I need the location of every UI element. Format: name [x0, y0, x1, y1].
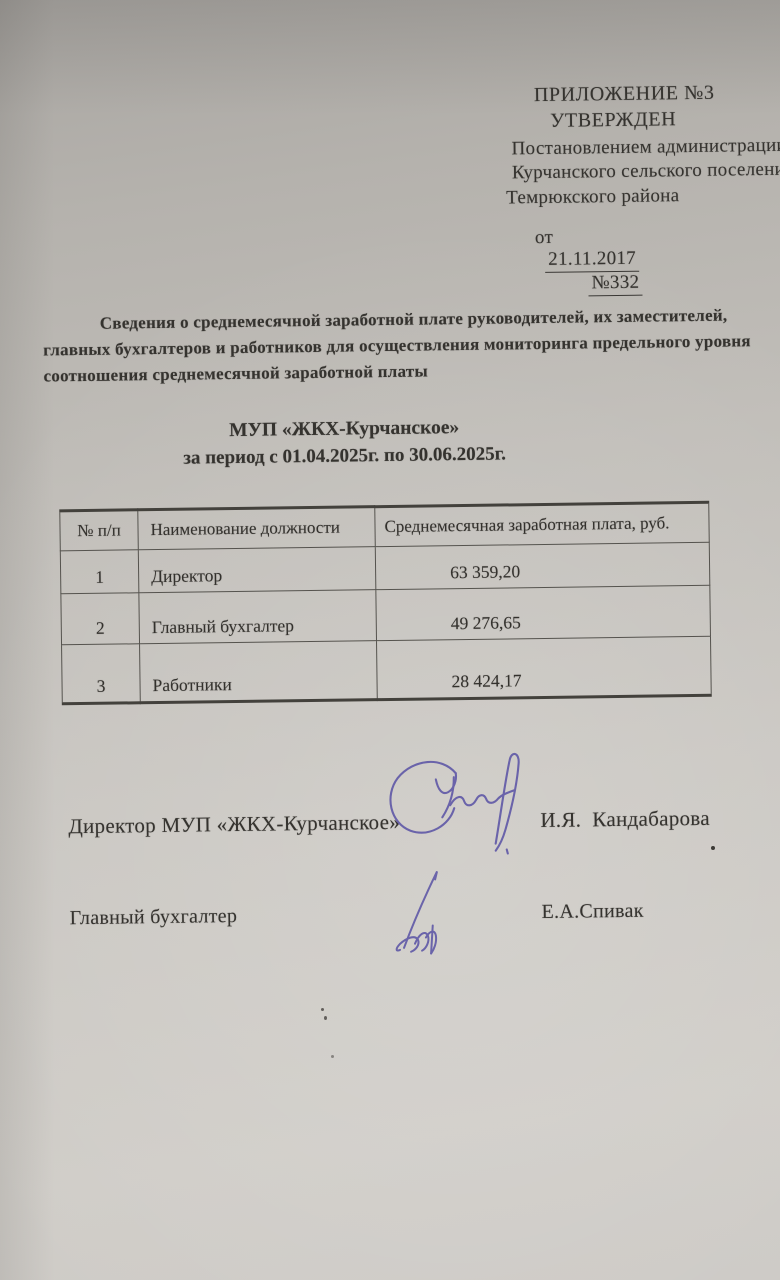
- accountant-signature-ink: [391, 857, 462, 958]
- cell-row-num: 1: [60, 550, 139, 594]
- cell-position: Директор: [138, 547, 376, 593]
- cell-salary: 49 276,65: [376, 585, 711, 640]
- approval-date-line: от 21.11.2017 №332: [514, 204, 643, 320]
- document-sheet: ПРИЛОЖЕНИЕ №3 УТВЕРЖДЕН Постановлением а…: [0, 0, 780, 1280]
- director-signature-ink: [383, 746, 536, 860]
- report-period: за период с 01.04.2025г. по 30.06.2025г.: [0, 441, 692, 472]
- table-row: 3 Работники 28 424,17: [62, 636, 712, 703]
- cell-position: Главный бухгалтер: [139, 590, 377, 644]
- approval-line-settlement: Курчанского сельского поселения: [512, 159, 780, 185]
- header-cell-salary: Среднемесячная заработная плата, руб.: [375, 502, 709, 546]
- cell-salary: 63 359,20: [375, 542, 710, 589]
- ink-speck: [711, 846, 715, 850]
- signature-name-accountant: Е.А.Спивак: [541, 900, 643, 924]
- approval-date: 21.11.2017: [545, 248, 639, 273]
- header-cell-position: Наименование должности: [138, 507, 376, 550]
- cell-row-num: 3: [62, 644, 141, 704]
- approval-line-resolution: Постановлением администрации: [511, 135, 780, 161]
- cell-position: Работники: [140, 641, 378, 703]
- organization-name: МУП «ЖКХ-Курчанское»: [0, 414, 691, 445]
- table-row: 2 Главный бухгалтер 49 276,65: [61, 585, 711, 644]
- cell-row-num: 2: [61, 593, 140, 645]
- header-cell-num: № п/п: [60, 510, 139, 551]
- approval-number: №332: [588, 272, 642, 297]
- ink-speck: [321, 1008, 324, 1011]
- approval-date-prefix: от: [535, 227, 553, 248]
- document-title-line-2: главных бухгалтеров и работников для осу…: [43, 331, 751, 360]
- salary-table: № п/п Наименование должности Среднемесяч…: [59, 501, 712, 705]
- cell-salary: 28 424,17: [377, 636, 712, 699]
- signature-name-director: И.Я. Кандабарова: [540, 806, 710, 833]
- approval-line-appendix: ПРИЛОЖЕНИЕ №3: [534, 82, 715, 107]
- signature-title-director: Директор МУП «ЖКХ-Курчанское»: [68, 810, 400, 839]
- document-title-line-1: Сведения о среднемесячной заработной пла…: [100, 306, 728, 334]
- signature-title-accountant: Главный бухгалтер: [69, 905, 237, 930]
- ink-speck: [331, 1055, 334, 1058]
- approval-line-approved: УТВЕРЖДЕН: [550, 108, 676, 133]
- document-title-line-3: соотношения среднемесячной заработной пл…: [43, 361, 428, 386]
- ink-speck: [324, 1016, 327, 1020]
